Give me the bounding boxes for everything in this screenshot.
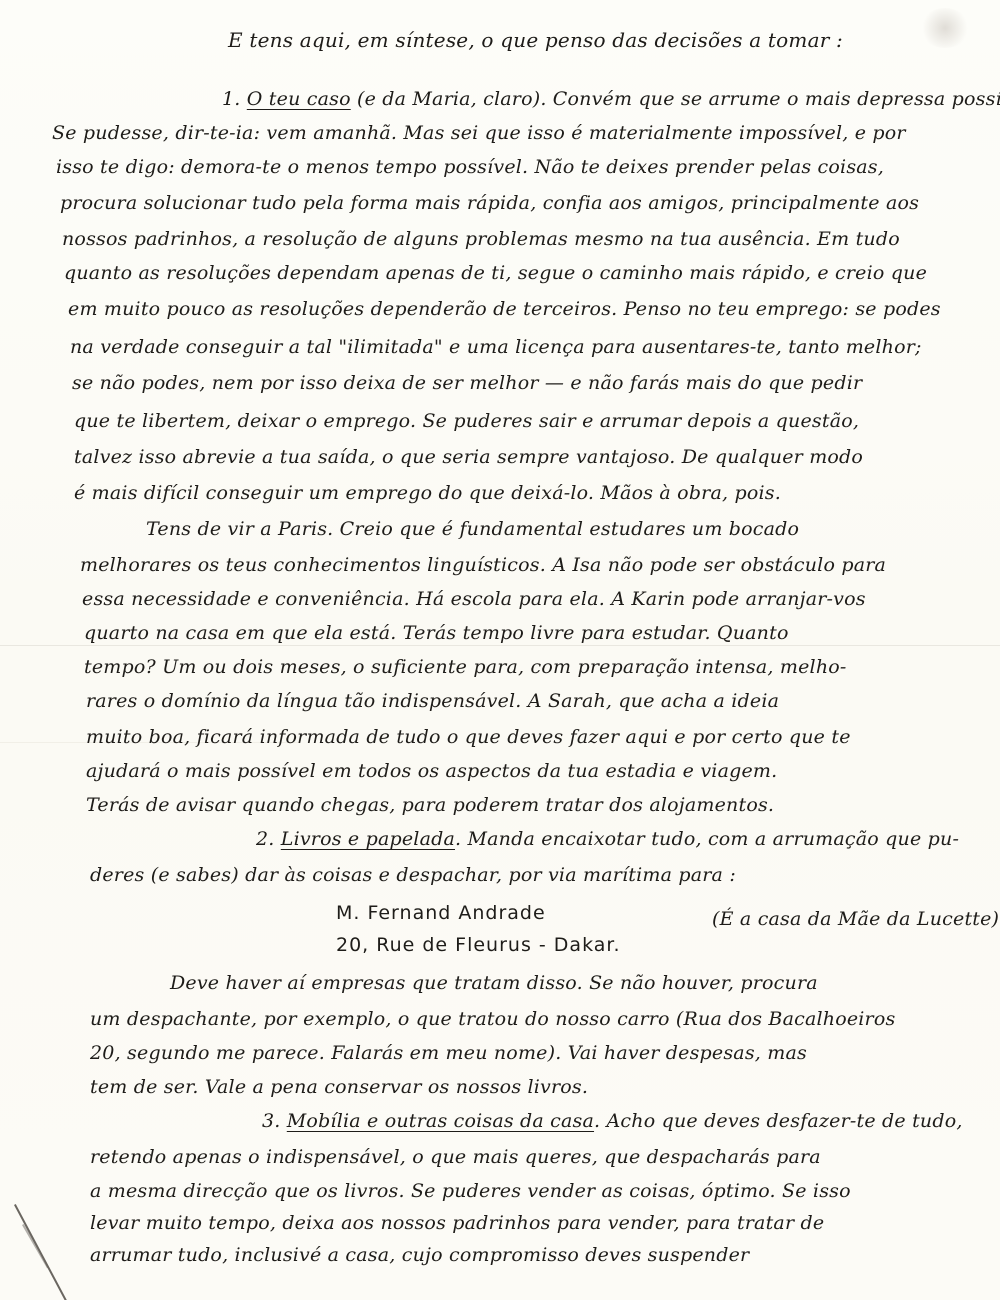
text-line: ajudará o mais possível em todos os aspe… bbox=[86, 760, 777, 782]
section-1-first-line: 1. O teu caso (e da Maria, claro). Convé… bbox=[222, 88, 1000, 110]
text-line: Terás de avisar quando chegas, para pode… bbox=[86, 794, 774, 816]
text-line: a mesma direcção que os livros. Se puder… bbox=[90, 1180, 851, 1202]
text-line: quanto as resoluções dependam apenas de … bbox=[64, 262, 927, 284]
address-name: M. Fernand Andrade bbox=[336, 902, 546, 924]
text-line: Tens de vir a Paris. Creio que é fundame… bbox=[146, 518, 799, 540]
text-line: levar muito tempo, deixa aos nossos padr… bbox=[90, 1212, 824, 1234]
section-title: Livros e papelada bbox=[281, 828, 455, 850]
section-number: 1. bbox=[222, 88, 241, 110]
section-number: 2. bbox=[256, 828, 275, 850]
text-line: em muito pouco as resoluções dependerão … bbox=[68, 298, 941, 320]
text-line: talvez isso abrevie a tua saída, o que s… bbox=[74, 446, 863, 468]
text-line: deres (e sabes) dar às coisas e despacha… bbox=[90, 864, 736, 886]
text-line: retendo apenas o indispensável, o que ma… bbox=[90, 1146, 821, 1168]
text-line: 20, segundo me parece. Falarás em meu no… bbox=[90, 1042, 807, 1064]
ink-smudge bbox=[920, 8, 970, 48]
paper-crease bbox=[0, 645, 1000, 646]
text-line: tem de ser. Vale a pena conservar os nos… bbox=[90, 1076, 588, 1098]
text-line: isso te digo: demora-te o menos tempo po… bbox=[56, 156, 884, 178]
text-line: procura solucionar tudo pela forma mais … bbox=[60, 192, 919, 214]
address-street: 20, Rue de Fleurus - Dakar. bbox=[336, 934, 620, 956]
pen-stroke-mark bbox=[22, 1224, 48, 1268]
text-line: rares o domínio da língua tão indispensá… bbox=[86, 690, 779, 712]
section-2-first-line: 2. Livros e papelada. Manda encaixotar t… bbox=[256, 828, 959, 850]
text-line: arrumar tudo, inclusivé a casa, cujo com… bbox=[90, 1244, 749, 1266]
text-line: Se pudesse, dir-te-ia: vem amanhã. Mas s… bbox=[52, 122, 906, 144]
text-line: melhorares os teus conhecimentos linguís… bbox=[80, 554, 886, 576]
text-line: é mais difícil conseguir um emprego do q… bbox=[74, 482, 781, 504]
text-line: na verdade conseguir a tal "ilimitada" e… bbox=[70, 336, 922, 358]
letter-page: E tens aqui, em síntese, o que penso das… bbox=[0, 0, 1000, 1300]
text-line: quarto na casa em que ela está. Terás te… bbox=[84, 622, 789, 644]
text-line: se não podes, nem por isso deixa de ser … bbox=[72, 372, 862, 394]
text-line: um despachante, por exemplo, o que trato… bbox=[90, 1008, 895, 1030]
section-text: (e da Maria, claro). Convém que se arrum… bbox=[357, 88, 1000, 110]
pen-stroke-mark bbox=[14, 1204, 67, 1300]
section-number: 3. bbox=[262, 1110, 281, 1132]
section-title: O teu caso bbox=[247, 88, 351, 110]
text-line: tempo? Um ou dois meses, o suficiente pa… bbox=[84, 656, 847, 678]
text-line: nossos padrinhos, a resolução de alguns … bbox=[62, 228, 900, 250]
text-line: que te libertem, deixar o emprego. Se pu… bbox=[74, 410, 859, 432]
text-line: muito boa, ficará informada de tudo o qu… bbox=[86, 726, 851, 748]
address-note: (É a casa da Mãe da Lucette) bbox=[712, 908, 999, 930]
text-line: essa necessidade e conveniência. Há esco… bbox=[82, 588, 866, 610]
section-title: Mobília e outras coisas da casa bbox=[287, 1110, 594, 1132]
text-line: Deve haver aí empresas que tratam disso.… bbox=[170, 972, 818, 994]
section-text: . Acho que deves desfazer-te de tudo, bbox=[594, 1110, 963, 1132]
section-text: . Manda encaixotar tudo, com a arrumação… bbox=[455, 828, 959, 850]
letter-heading: E tens aqui, em síntese, o que penso das… bbox=[228, 28, 843, 52]
section-3-first-line: 3. Mobília e outras coisas da casa. Acho… bbox=[262, 1110, 963, 1132]
